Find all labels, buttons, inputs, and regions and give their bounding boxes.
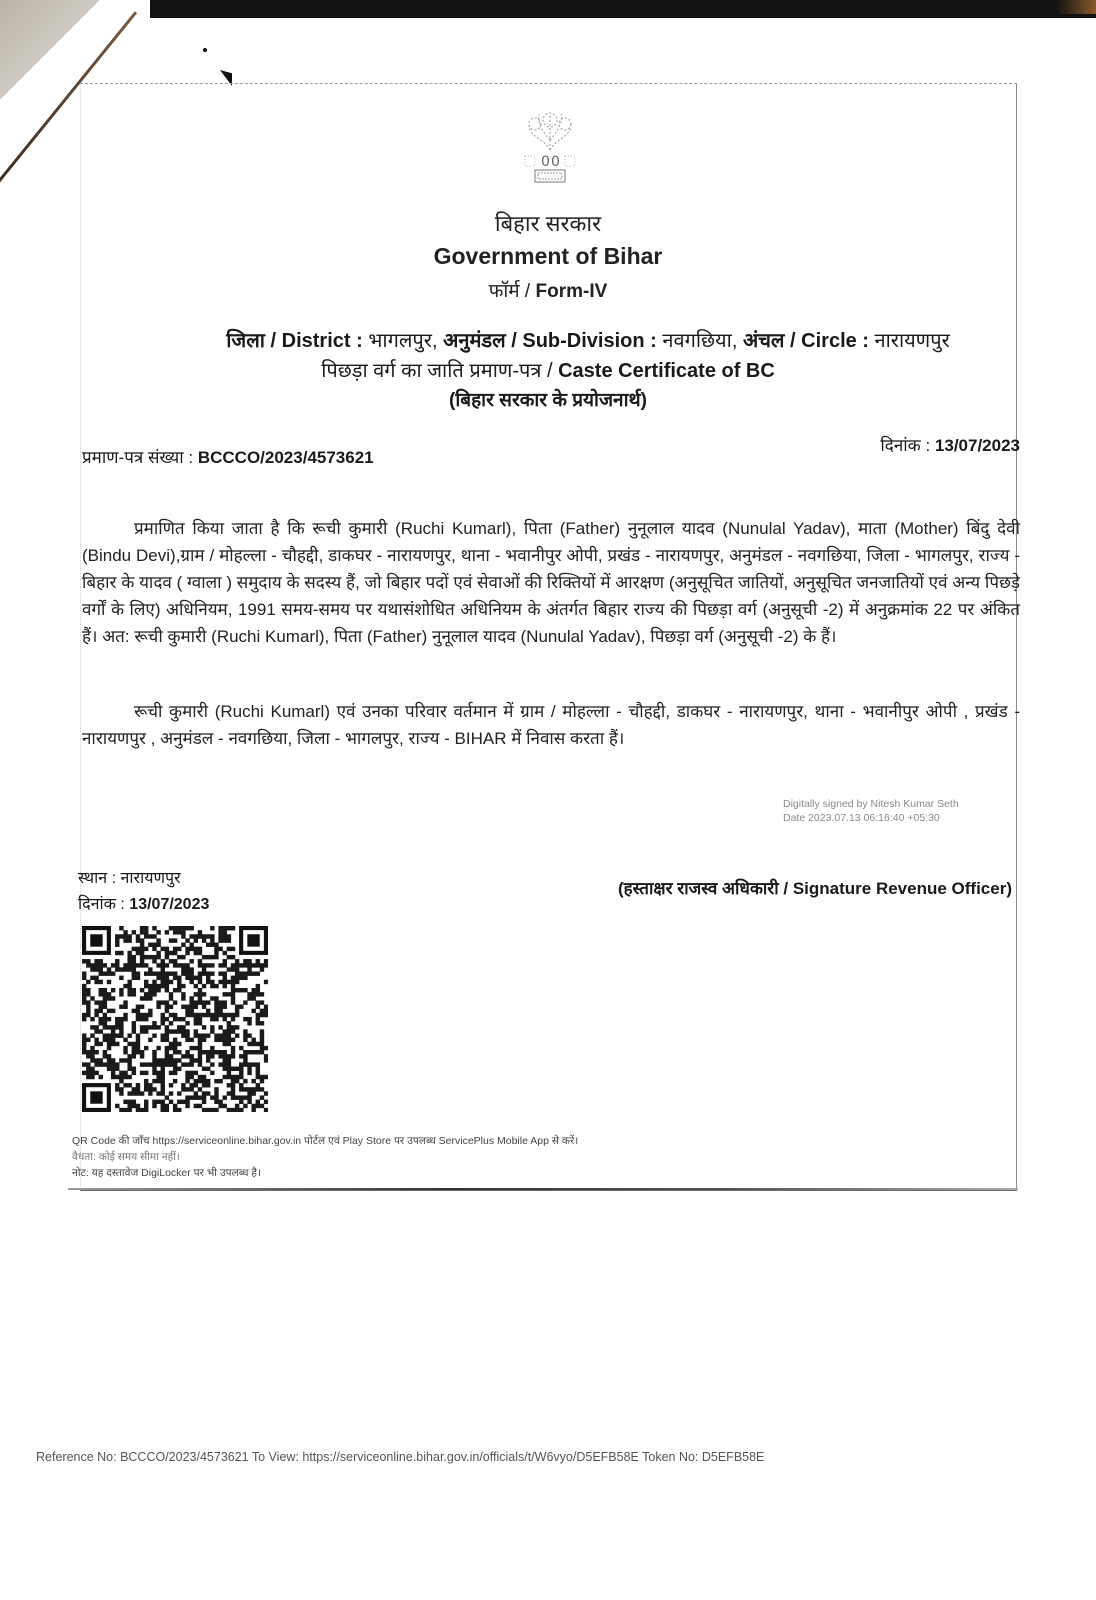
subdivision-label: अनुमंडल / Sub-Division :: [443, 330, 657, 352]
form-number: फॉर्म / Form-IV: [0, 277, 1096, 303]
certificate-title-hindi: पिछड़ा वर्ग का जाति प्रमाण-पत्र /: [321, 360, 552, 382]
certificate-title: पिछड़ा वर्ग का जाति प्रमाण-पत्र / Caste …: [0, 356, 1096, 383]
issue-date: दिनांक : 13/07/2023: [880, 433, 1020, 456]
signature-date: दिनांक : 13/07/2023: [78, 892, 209, 914]
svg-text:0: 0: [551, 154, 560, 170]
place-of-issue: स्थान : नारायणपुर: [78, 866, 181, 888]
certificate-number-value: BCCCO/2023/4573621: [198, 448, 374, 467]
photo-dark-strip: [150, 0, 1096, 18]
district-label: जिला / District :: [226, 330, 363, 352]
svg-text:0: 0: [541, 154, 550, 170]
digital-signature: Digitally signed by Nitesh Kumar Seth Da…: [783, 797, 959, 825]
circle-value: नारायणपुर: [875, 330, 950, 352]
circle-label: अंचल / Circle :: [743, 330, 869, 352]
validity-note: वैधता: कोई समय सीमा नहीं।: [72, 1150, 180, 1164]
certificate-number-label: प्रमाण-पत्र संख्या :: [82, 448, 193, 467]
revenue-officer-signature-label: (हस्ताक्षर राजस्व अधिकारी / Signature Re…: [618, 876, 1012, 899]
residence-paragraph: रूची कुमारी (Ruchi Kumarl) एवं उनका परिव…: [82, 698, 1020, 752]
certificate-title-english: Caste Certificate of BC: [558, 360, 775, 382]
digital-signature-signer: Digitally signed by Nitesh Kumar Seth: [783, 797, 959, 811]
certificate-number: प्रमाण-पत्र संख्या : BCCCO/2023/4573621: [82, 445, 374, 468]
form-label-english: Form-IV: [536, 281, 608, 302]
frame-bottom-border: [68, 1188, 1018, 1190]
district-value: भागलपुर,: [368, 330, 437, 352]
government-title-hindi: बिहार सरकार: [0, 208, 1096, 238]
certification-paragraph: प्रमाणित किया जाता है कि रूची कुमारी (Ru…: [82, 515, 1020, 650]
form-label-hindi: फॉर्म /: [489, 281, 531, 302]
signature-date-label: दिनांक :: [78, 896, 125, 913]
issue-date-label: दिनांक :: [880, 436, 930, 455]
place-value: नारायणपुर: [121, 870, 181, 887]
qr-code-icon: [82, 926, 268, 1112]
reference-line: Reference No: BCCCO/2023/4573621 To View…: [36, 1450, 764, 1464]
digital-signature-date: Date 2023.07.13 06:16:40 +05:30: [783, 811, 959, 825]
signature-date-value: 13/07/2023: [129, 896, 209, 913]
place-label: स्थान :: [78, 870, 116, 887]
issue-date-value: 13/07/2023: [935, 436, 1020, 455]
government-title-english: Government of Bihar: [0, 243, 1096, 270]
digilocker-note: नोट: यह दस्तावेज DigiLocker पर भी उपलब्ध…: [72, 1166, 261, 1180]
jurisdiction-line: जिला / District : भागलपुर, अनुमंडल / Sub…: [40, 326, 1096, 353]
qr-verification-note: QR Code की जाँच https://serviceonline.bi…: [72, 1134, 578, 1148]
certificate-purpose: (बिहार सरकार के प्रयोजनार्थ): [0, 386, 1096, 412]
bihar-state-emblem-icon: 0 0: [515, 110, 585, 185]
subdivision-value: नवगछिया,: [662, 330, 737, 352]
